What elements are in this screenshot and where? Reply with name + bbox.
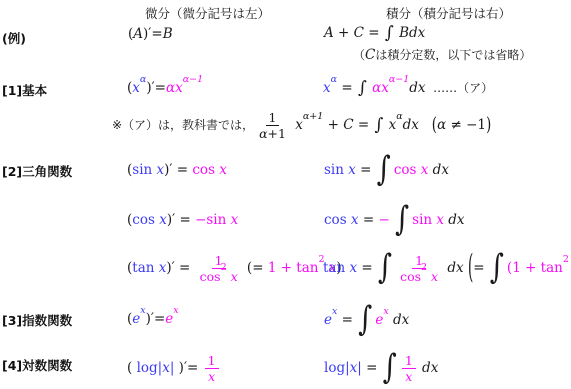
math-run: xα−1 [175, 80, 203, 96]
integral-sign: ∫ [490, 252, 504, 285]
math-run: dx [409, 80, 425, 96]
math-run: = [356, 162, 376, 178]
math-run: x [159, 212, 167, 228]
math-run: cos2 [400, 269, 427, 284]
math-run: x [427, 269, 438, 284]
fraction: 1α+1 [256, 110, 289, 141]
math-run [419, 117, 432, 133]
math-run: cos [324, 212, 351, 228]
math-run: + [323, 117, 343, 133]
math-run: x [349, 260, 357, 276]
superscript: 2 [421, 262, 427, 273]
math-run: x [436, 212, 444, 228]
math-run: x [227, 269, 238, 284]
formula-cos-derivative: (cos x)′ = −sin x [127, 206, 238, 234]
math-run: x [219, 162, 227, 178]
math-run: α [437, 117, 446, 133]
column-header-integration: 積分（積分記号は右） [386, 4, 511, 22]
superscript: α+1 [303, 111, 323, 122]
formula-basic-derivative: (xα)′=αxα−1 [127, 77, 203, 99]
math-run: )′= [143, 26, 163, 42]
fraction: 1cos2 x [197, 253, 241, 284]
math-run: log| [324, 360, 350, 376]
formula-log-derivative: ( log|x| )′= 1x [127, 350, 221, 386]
math-run: cos2 [200, 269, 227, 284]
math-run: = [337, 312, 357, 328]
superscript: α [140, 74, 146, 85]
fraction: 1x [402, 353, 416, 384]
fraction: 1cos2 x [397, 253, 441, 284]
formula-exp-integral: ex = ∫ex dx [324, 302, 409, 338]
formula-basic-integral: xα = ∫ αxα−1dx ……（ア） [323, 77, 493, 99]
superscript: x [173, 305, 178, 316]
math-run: tan [323, 260, 349, 276]
math-run: cos [192, 162, 219, 178]
math-run: = [364, 25, 384, 41]
math-run: )′= [146, 311, 166, 327]
math-run: x [159, 260, 167, 276]
math-run: sin [132, 162, 156, 178]
fraction-denominator: x [205, 369, 218, 384]
formula-sin-derivative: (sin x)′ = cos x [127, 156, 227, 184]
math-run: )′ = [164, 162, 192, 178]
integral-sign: ∫ [383, 352, 397, 385]
math-run: α [166, 80, 175, 96]
superscript: α−1 [183, 74, 203, 85]
superscript: 2 [221, 262, 227, 273]
math-run: (1 + tan2 [507, 260, 569, 276]
math-run: −sin [195, 212, 231, 228]
math-run: )′ = [167, 212, 195, 228]
math-run: dx [389, 312, 410, 328]
row-label-basic: [1]基本 [2, 81, 47, 99]
math-run: C [354, 25, 364, 41]
math-run: tan [132, 260, 158, 276]
math-run: α [259, 126, 267, 141]
math-run: B [163, 26, 173, 42]
math-run: A [133, 26, 143, 42]
math-run: x [208, 369, 215, 384]
math-run: xα−1 [381, 80, 409, 96]
math-run: A [324, 25, 334, 41]
formula-tan-derivative: (tan x)′ = 1cos2 x (= 1 + tan2 x) [127, 246, 342, 290]
math-run: dx [444, 212, 465, 228]
math-run: )′= [146, 80, 166, 96]
math-run: dx [409, 25, 425, 41]
superscript: x [332, 306, 337, 317]
math-run: ex [324, 312, 337, 328]
formula-example-derivative: (A)′=B [128, 24, 173, 44]
math-run: = [337, 80, 357, 96]
superscript: α [396, 111, 402, 122]
formula-sin-integral: sin x = ∫cos x dx [324, 152, 449, 188]
integral-sign: ∫ [395, 204, 409, 237]
math-run: α [372, 80, 381, 96]
math-run: = [354, 117, 374, 133]
math-run: xα+1 [295, 117, 323, 133]
fraction-numerator: 1 [402, 353, 416, 369]
math-run: x [348, 162, 356, 178]
math-run: + [334, 25, 354, 41]
math-run: = [473, 260, 489, 276]
column-header-differentiation: 微分（微分記号は左） [145, 4, 270, 22]
formula-exp-derivative: (ex)′=ex [127, 306, 179, 332]
math-run: x [157, 162, 165, 178]
stretched-paren: ( [468, 249, 473, 287]
formula-tan-integral: tan x = ∫1cos2 x dx (= ∫(1 + tan2 x) dx) [323, 244, 571, 292]
math-run: 1 + tan2 [268, 260, 325, 276]
integral-sign: ∫ [374, 117, 383, 133]
formula-textbook-note: ※（ア）は，教科書では，1α+1 xα+1 + C = ∫ xαdx (α ≠ … [112, 106, 491, 144]
formula-log-integral: log|x| = ∫1x dx [324, 348, 438, 388]
integral-sign: ∫ [385, 25, 394, 41]
integral-sign: ∫ [358, 80, 367, 96]
math-run: x [231, 212, 239, 228]
math-run: x [351, 212, 359, 228]
math-run: は積分定数，以下では省略） [375, 47, 531, 63]
math-run: (= [243, 260, 268, 276]
math-run: x [162, 360, 170, 376]
math-run: 1 [405, 353, 413, 368]
row-label-logarithmic: [4]対数関数 [2, 356, 72, 374]
math-run: ※（ア）は，教科書では， [112, 117, 254, 133]
math-run: cos [132, 212, 159, 228]
fraction: 1x [205, 353, 219, 384]
math-run: （ [353, 47, 365, 63]
math-run: = [362, 360, 382, 376]
math-run: dx [428, 162, 449, 178]
math-run: x [405, 369, 412, 384]
math-run: sin [412, 212, 436, 228]
integral-sign: ∫ [358, 304, 372, 337]
integral-sign: ∫ [378, 252, 392, 285]
math-run: − [378, 212, 394, 228]
math-run: 1 [269, 110, 277, 125]
math-run: ……（ア） [426, 80, 494, 96]
superscript: x [140, 305, 145, 316]
math-run: )′ = [166, 260, 194, 276]
math-run: = [359, 212, 379, 228]
math-run: x [421, 162, 429, 178]
math-run: )′= [174, 360, 202, 376]
math-run: ( [127, 360, 137, 376]
math-run: dx [443, 260, 464, 276]
math-run: = [357, 260, 377, 276]
fraction-denominator: cos2 x [197, 269, 241, 284]
row-label-example: (例) [2, 29, 26, 47]
math-run: cos [394, 162, 421, 178]
math-run: dx [403, 117, 419, 133]
math-reference-sheet: 微分（微分記号は左） 積分（積分記号は右） (例) [1]基本 [2]三角関数 … [0, 0, 571, 389]
superscript: 2 [563, 254, 569, 265]
math-run: 1 [208, 353, 216, 368]
integral-sign: ∫ [377, 154, 391, 187]
math-run: ≠ −1 [446, 117, 486, 133]
math-run: sin [324, 162, 348, 178]
math-run: xα [132, 80, 146, 96]
math-run: ex [375, 312, 388, 328]
math-run: B [399, 25, 409, 41]
fraction-denominator: cos2 x [397, 269, 441, 284]
math-run: ex [132, 311, 145, 327]
formula-example-integral: A + C = ∫ Bdx [324, 22, 425, 44]
math-run: xα [389, 117, 403, 133]
superscript: α [331, 74, 337, 85]
math-run: C [365, 47, 375, 63]
row-label-trigonometric: [2]三角関数 [2, 162, 72, 180]
fraction-denominator: α+1 [256, 126, 289, 141]
math-run: log| [137, 360, 163, 376]
fraction-denominator: x [402, 369, 415, 384]
formula-example-constant-note: （Cは積分定数，以下では省略） [353, 46, 531, 64]
math-run: dx [418, 360, 439, 376]
fraction-numerator: 1 [205, 353, 219, 369]
formula-cos-integral: cos x = − ∫sin x dx [324, 202, 465, 238]
row-label-exponential: [3]指数関数 [2, 311, 72, 329]
superscript: α−1 [389, 74, 409, 85]
math-run: x [350, 360, 358, 376]
math-run: ex [165, 311, 178, 327]
math-run: C [343, 117, 353, 133]
fraction-numerator: 1 [266, 110, 280, 126]
superscript: x [383, 306, 388, 317]
math-run: +1 [268, 126, 286, 141]
stretched-paren: ( [432, 114, 437, 136]
stretched-paren: ) [486, 114, 491, 136]
math-run: xα [323, 80, 337, 96]
